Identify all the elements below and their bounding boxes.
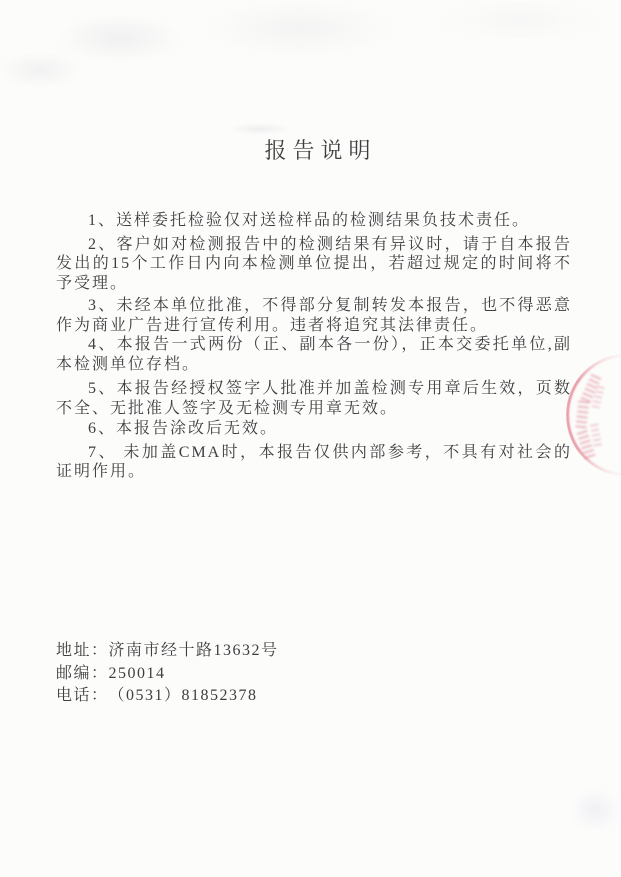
phone-label: 电话： — [56, 685, 109, 708]
address-value: 济南市经十路13632号 — [109, 642, 279, 659]
postcode-label: 邮编： — [56, 663, 109, 686]
note-paragraph-6: 6、本报告涂改后无效。 — [56, 419, 572, 439]
contact-block: 地址：济南市经十路13632号 邮编：250014 电话：（0531）81852… — [56, 640, 279, 708]
note-paragraph-3: 3、未经本单位批准，不得部分复制转发本报告，也不得恶意作为商业广告进行宣传利用。… — [56, 296, 572, 335]
address-line: 地址：济南市经十路13632号 — [56, 640, 279, 663]
note-paragraph-5: 5、本报告经授权签字人批准并加盖检测专用章后生效，页数不全、无批准人签字及无检测… — [56, 379, 572, 418]
phone-value: （0531）81852378 — [109, 687, 258, 704]
address-label: 地址： — [56, 640, 109, 663]
scan-smudge-bottom-right — [555, 775, 621, 845]
note-paragraph-1: 1、送样委托检验仅对送检样品的检测结果负技术责任。 — [56, 211, 572, 231]
scan-smudge-top — [0, 0, 621, 110]
note-paragraph-4: 4、本报告一式两份（正、副本各一份），正本交委托单位,副本检测单位存档。 — [56, 335, 572, 374]
postcode-line: 邮编：250014 — [56, 663, 279, 686]
seal-ink-marks — [591, 385, 604, 408]
note-paragraph-2: 2、客户如对检测报告中的检测结果有异议时，请于自本报告发出的15个工作日内向本检… — [56, 235, 572, 294]
seal-ink-marks — [590, 423, 602, 446]
seal-ring-icon — [566, 353, 621, 477]
seal-ink-marks — [580, 371, 602, 403]
phone-line: 电话：（0531）81852378 — [56, 685, 279, 708]
scanned-report-page: 报告说明 1、送样委托检验仅对送检样品的检测结果负技术责任。 2、客户如对检测报… — [0, 0, 621, 877]
report-notes-section: 1、送样委托检验仅对送检样品的检测结果负技术责任。 2、客户如对检测报告中的检测… — [56, 211, 572, 482]
seal-ink-marks — [576, 427, 596, 459]
note-paragraph-7: 7、 未加盖CMA时，本报告仅供内部参考，不具有对社会的证明作用。 — [56, 443, 572, 482]
postcode-value: 250014 — [109, 665, 166, 682]
seal-ink-marks — [575, 398, 589, 429]
page-title: 报告说明 — [7, 134, 621, 165]
